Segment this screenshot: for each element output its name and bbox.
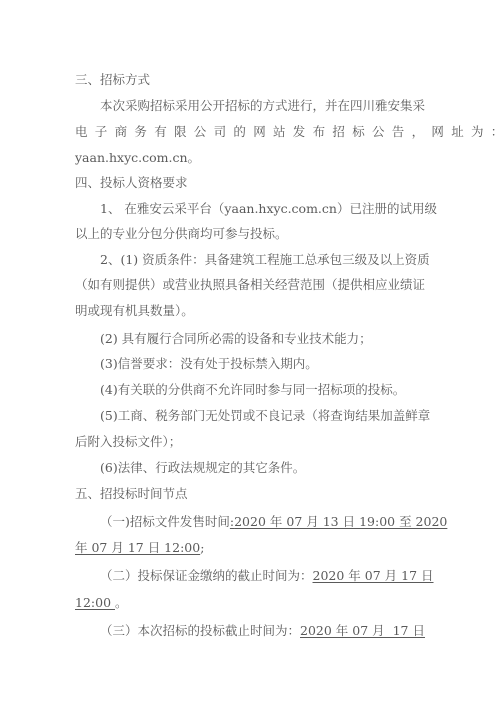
timeline-item-deposit-deadline: （二）投标保证金缴纳的截止时间为：2020 年 07 月 17 日 [100, 568, 434, 584]
timeline-label: （三）本次招标的投标截止时间为： [100, 623, 300, 638]
paragraph-line: 以上的专业分包分供商均可参与投标。 [75, 226, 288, 242]
requirement-item: (3)信誉要求：没有处于投标禁入期内。 [100, 356, 318, 372]
timeline-value: 2020 年 07 月 13 日 19:00 至 2020 [234, 514, 447, 529]
paragraph-line: 1、 在雅安云采平台（yaan.hxyc.com.cn）已注册的试用级 [100, 201, 437, 217]
timeline-end: 。 [115, 595, 128, 610]
timeline-item-bid-deadline: （三）本次招标的投标截止时间为：2020 年 07 月 17 日 [100, 623, 425, 639]
timeline-end: ; [200, 540, 204, 555]
timeline-value: 12:00 [75, 595, 115, 610]
section-heading-bid-method: 三、招标方式 [75, 72, 150, 88]
timeline-value: 2020 年 07 月 17 日 [300, 623, 425, 638]
timeline-value: 年 07 月 17 日 12:00 [75, 540, 200, 555]
requirement-item: (4)有关联的分供商不允许同时参与同一招标项的投标。 [100, 382, 405, 398]
paragraph-line: 电子商务有限公司的网站发布招标公告，网址为： [75, 124, 500, 140]
document-page: 三、招标方式 本次采购招标采用公开招标的方式进行，并在四川雅安集采 电子商务有限… [0, 0, 500, 707]
paragraph-line: （如有则提供）或营业执照具备相关经营范围（提供相应业绩证 [75, 277, 425, 293]
requirement-item: (6)法律、行政法规规定的其它条件。 [100, 460, 305, 476]
timeline-label: （二）投标保证金缴纳的截止时间为： [100, 568, 313, 583]
paragraph-line: 本次采购招标采用公开招标的方式进行，并在四川雅安集采 [100, 98, 425, 114]
timeline-item-sale-period-cont: 年 07 月 17 日 12:00; [75, 540, 204, 556]
requirement-item-cont: 后附入投标文件）； [75, 434, 181, 450]
timeline-value: 2020 年 07 月 17 日 [313, 568, 434, 583]
section-heading-qualifications: 四、投标人资格要求 [75, 175, 188, 191]
requirement-item: (2) 具有履行合同所必需的设备和专业技术能力； [100, 331, 372, 347]
website-url: yaan.hxyc.com.cn。 [75, 150, 200, 166]
timeline-item-deposit-deadline-cont: 12:00 。 [75, 595, 128, 611]
timeline-item-sale-period: （一)招标文件发售时间:2020 年 07 月 13 日 19:00 至 202… [100, 514, 447, 530]
paragraph-line: 2、(1) 资质条件：具备建筑工程施工总承包三级及以上资质 [100, 252, 430, 268]
requirement-item: (5)工商、税务部门无处罚或不良记录（将查询结果加盖鲜章 [100, 408, 430, 424]
paragraph-line: 明或现有机具数量）。 [75, 303, 194, 319]
timeline-label: （一)招标文件发售时间 [100, 514, 230, 529]
section-heading-timeline: 五、招投标时间节点 [75, 486, 188, 502]
